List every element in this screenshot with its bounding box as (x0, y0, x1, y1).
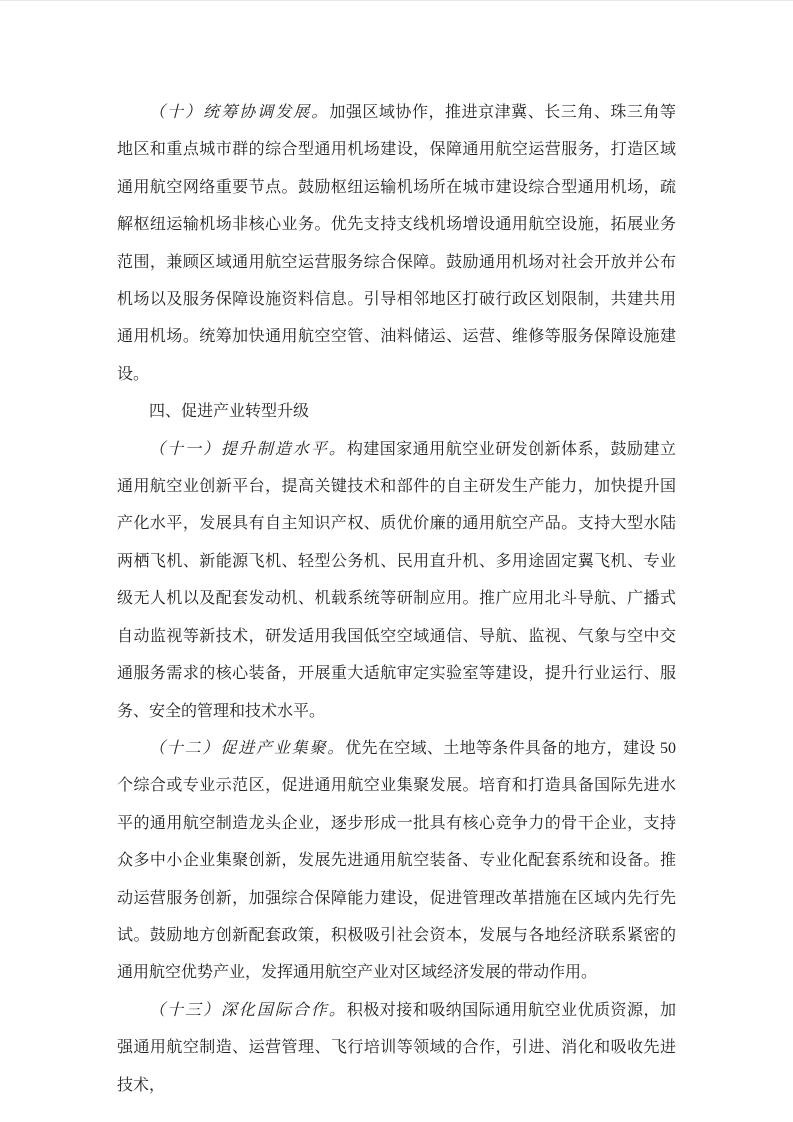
clause-10-body: 加强区域协作，推进京津冀、长三角、珠三角等地区和重点城市群的综合型通用机场建设，… (117, 104, 676, 383)
clause-11-body: 构建国家通用航空业研发创新体系，鼓励建立通用航空业创新平台，提高关键技术和部件的… (117, 441, 676, 720)
clause-11-lead: （十一）提升制造水平。 (149, 441, 347, 458)
clause-12-paragraph: （十二）促进产业集聚。优先在空域、土地等条件具备的地方，建设 50 个综合或专业… (117, 730, 676, 992)
clause-12-body: 优先在空域、土地等条件具备的地方，建设 50 个综合或专业示范区，促进通用航空业… (117, 740, 676, 981)
document-page: （十）统筹协调发展。加强区域协作，推进京津冀、长三角、珠三角等地区和重点城市群的… (0, 0, 793, 1122)
clause-10-lead: （十）统筹协调发展。 (149, 104, 329, 121)
document-text-column: （十）统筹协调发展。加强区域协作，推进京津冀、长三角、珠三角等地区和重点城市群的… (117, 94, 676, 1104)
clause-12-lead: （十二）促进产业集聚。 (149, 740, 345, 757)
clause-13-paragraph: （十三）深化国际合作。积极对接和吸纳国际通用航空业优质资源，加强通用航空制造、运… (117, 992, 676, 1104)
section-heading-4: 四、促进产业转型升级 (117, 393, 676, 430)
clause-13-lead: （十三）深化国际合作。 (149, 1002, 347, 1019)
clause-10-paragraph: （十）统筹协调发展。加强区域协作，推进京津冀、长三角、珠三角等地区和重点城市群的… (117, 94, 676, 393)
clause-11-paragraph: （十一）提升制造水平。构建国家通用航空业研发创新体系，鼓励建立通用航空业创新平台… (117, 431, 676, 730)
